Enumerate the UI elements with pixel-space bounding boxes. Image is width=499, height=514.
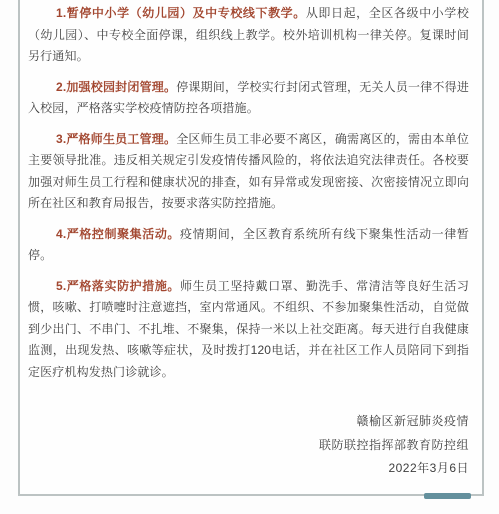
- screenshot-canvas: 1.暂停中小学（幼儿园）及中专校线下教学。从即日起，全区各级中小学校（幼儿园）、…: [0, 0, 499, 514]
- accent-bar: [424, 493, 471, 499]
- signature-block: 赣榆区新冠肺炎疫情 联防联控指挥部教育防控组 2022年3月6日: [28, 410, 469, 481]
- notice-item-1: 1.暂停中小学（幼儿园）及中专校线下教学。从即日起，全区各级中小学校（幼儿园）、…: [28, 3, 469, 68]
- notice-item-5-heading: 5.严格落实防护措施。: [56, 279, 180, 293]
- signature-org-line-2: 联防联控指挥部教育防控组: [28, 434, 469, 458]
- signature-org-line-1: 赣榆区新冠肺炎疫情: [28, 410, 469, 434]
- notice-item-5: 5.严格落实防护措施。师生员工坚持戴口罩、勤洗手、常清洁等良好生活习惯，咳嗽、打…: [28, 276, 469, 384]
- notice-item-5-text: 师生员工坚持戴口罩、勤洗手、常清洁等良好生活习惯，咳嗽、打喷嚏时注意遮挡，室内常…: [28, 279, 469, 379]
- notice-body: 1.暂停中小学（幼儿园）及中专校线下教学。从即日起，全区各级中小学校（幼儿园）、…: [20, 0, 482, 481]
- notice-document: 1.暂停中小学（幼儿园）及中专校线下教学。从即日起，全区各级中小学校（幼儿园）、…: [18, 0, 484, 496]
- signature-date: 2022年3月6日: [28, 457, 469, 481]
- notice-item-2-heading: 2.加强校园封闭管理。: [56, 80, 176, 94]
- notice-item-3-heading: 3.严格师生员工管理。: [56, 132, 176, 146]
- notice-item-3: 3.严格师生员工管理。全区师生员工非必要不离区，确需离区的，需由本单位主要领导批…: [28, 129, 469, 215]
- notice-item-4: 4.严格控制聚集活动。疫情期间，全区教育系统所有线下聚集性活动一律暂停。: [28, 224, 469, 267]
- notice-item-4-heading: 4.严格控制聚集活动。: [56, 227, 180, 241]
- notice-item-2: 2.加强校园封闭管理。停课期间，学校实行封闭式管理，无关人员一律不得进入校园，严…: [28, 77, 469, 120]
- notice-item-1-heading: 1.暂停中小学（幼儿园）及中专校线下教学。: [56, 6, 306, 20]
